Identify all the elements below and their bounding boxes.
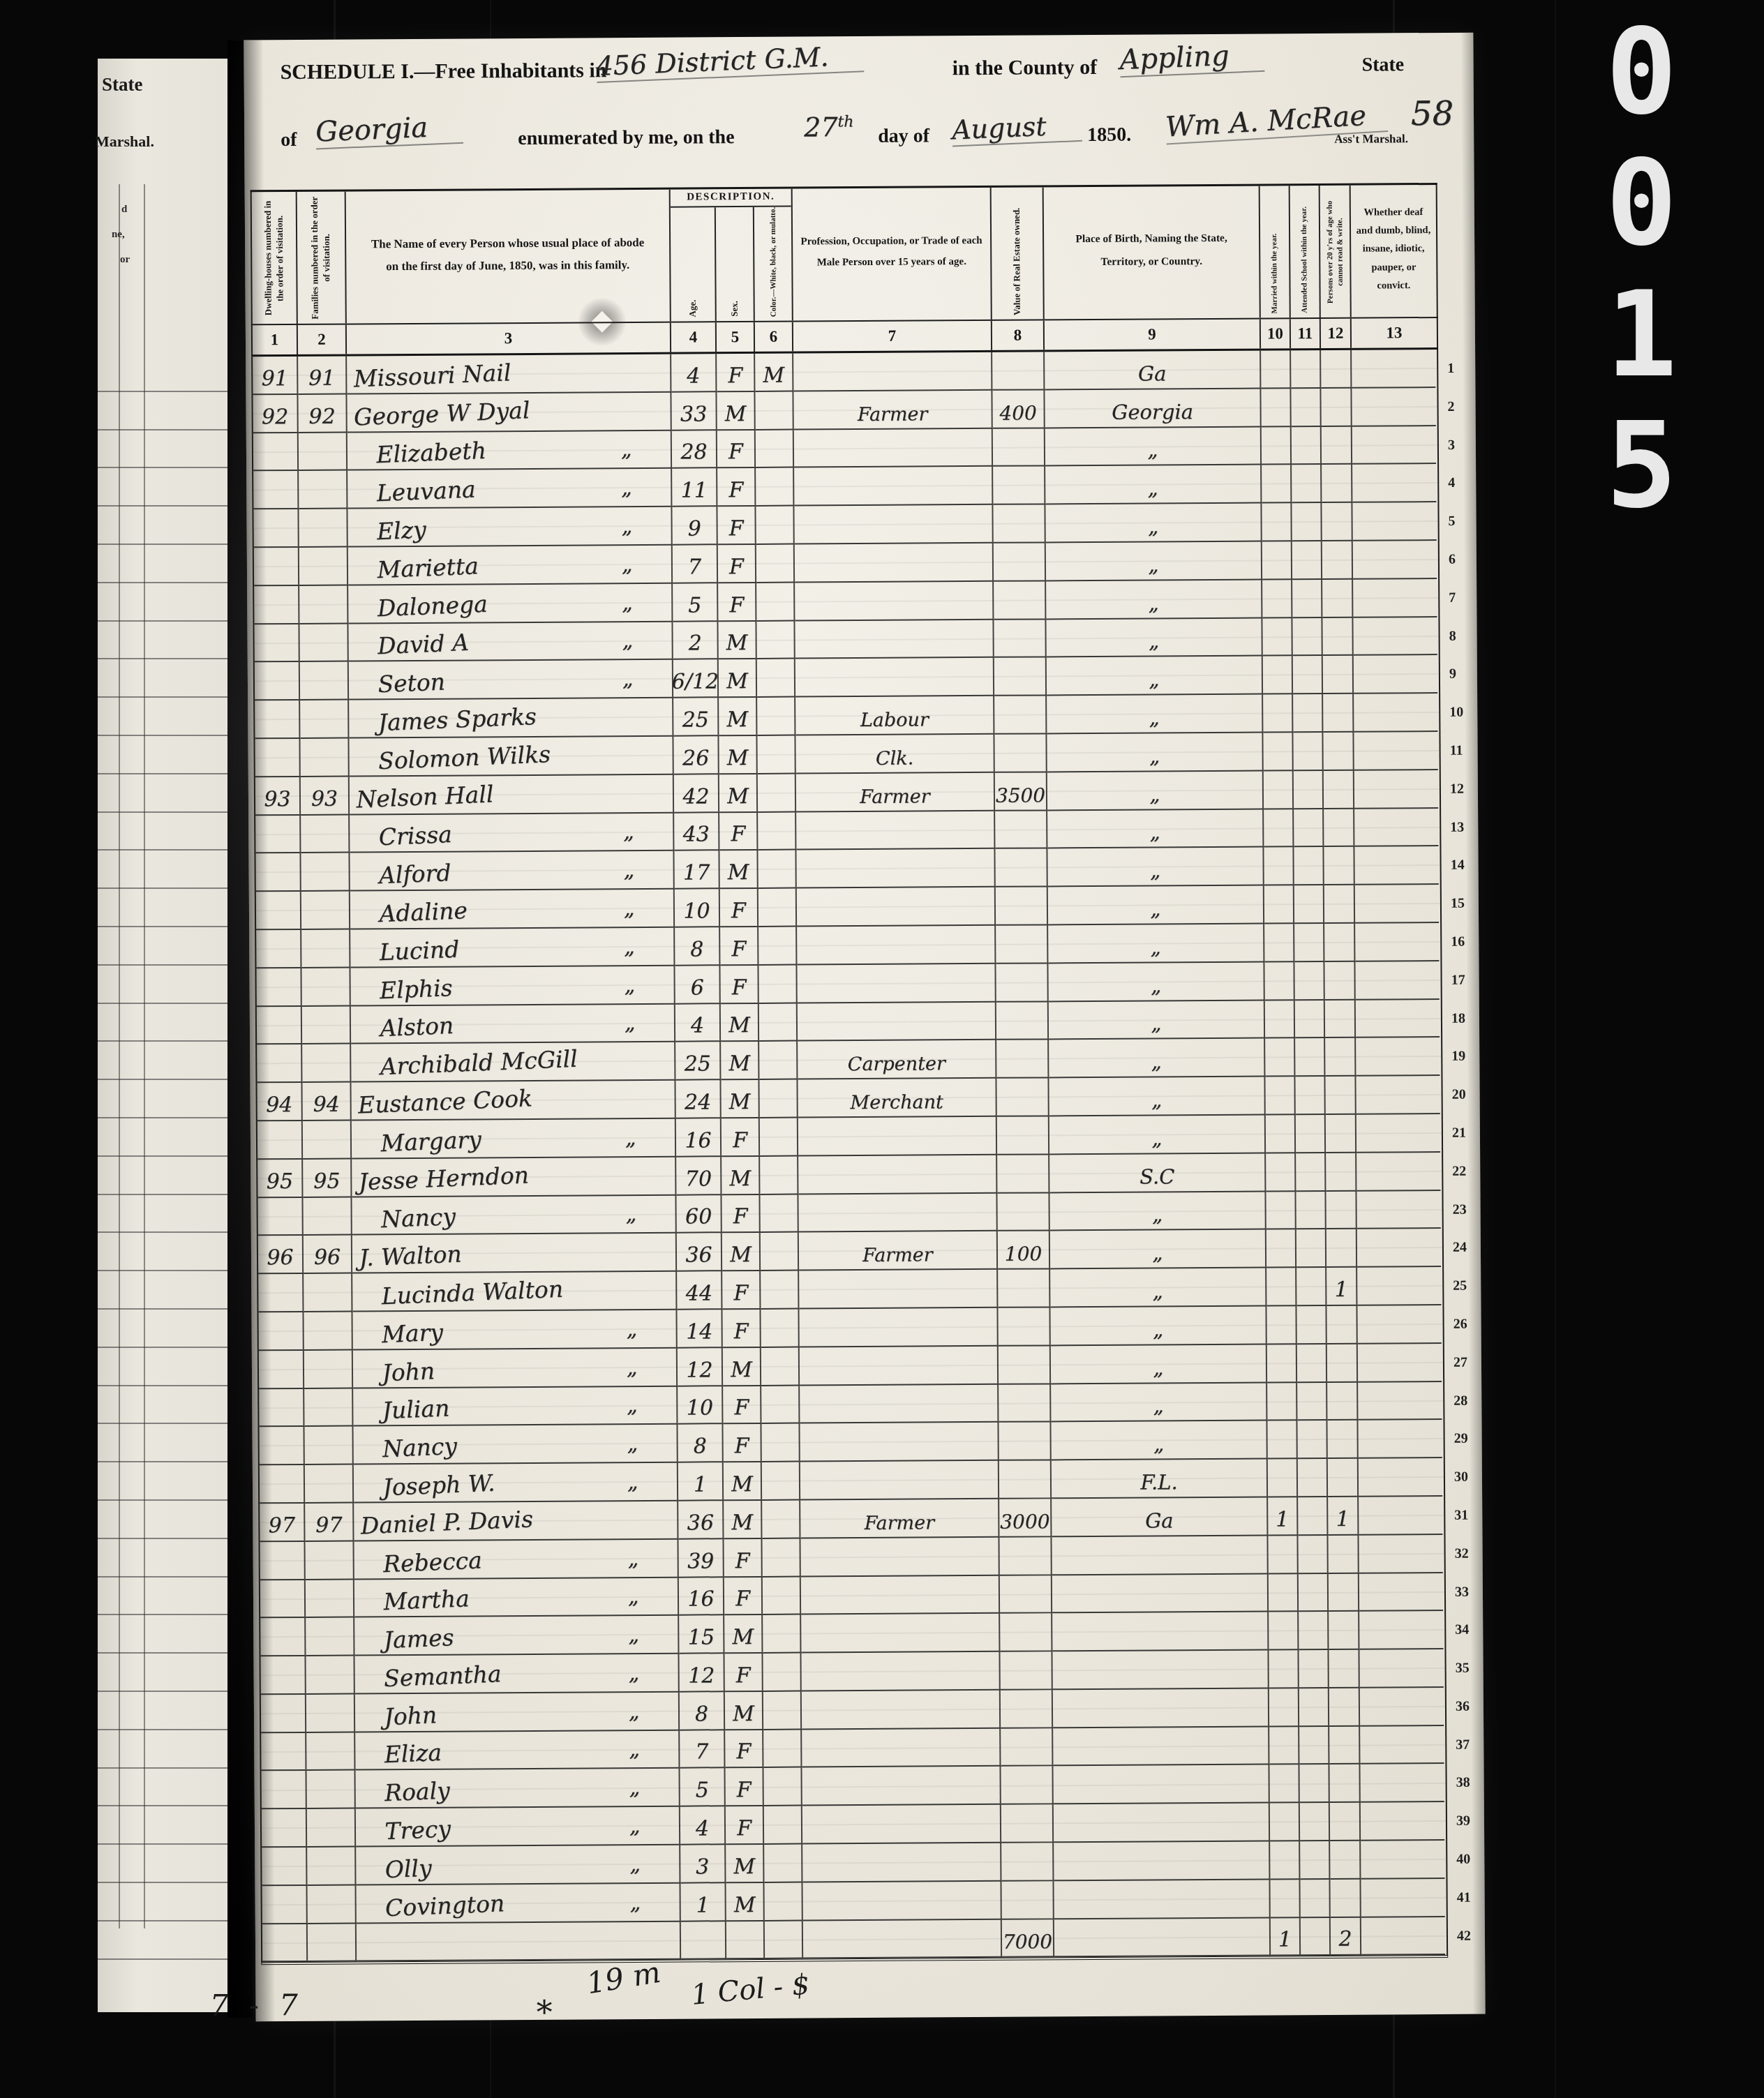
cell-val (996, 1079, 1049, 1117)
cell-fam (304, 1350, 353, 1388)
cell-val (999, 1460, 1052, 1499)
line-number: 13 (1446, 808, 1475, 846)
cell-occ (795, 544, 994, 583)
cell-born: „ (1049, 1001, 1265, 1040)
person-name: Elzy (376, 518, 426, 543)
person-name: John (384, 1703, 438, 1728)
census-rows: 9191Missouri Nail4FMGa9292George W Dyal3… (251, 350, 1448, 1965)
cell-fam (301, 929, 350, 968)
cell-age: 10 (675, 889, 720, 927)
person-name: Daniel P. Davis (360, 1507, 533, 1537)
cell-val (999, 1537, 1052, 1575)
cell-age: 3 (680, 1845, 726, 1883)
cell-born: Ga (1045, 351, 1261, 391)
person-name: Martha (383, 1587, 470, 1613)
cell-born: F.L. (1052, 1460, 1268, 1499)
cell-sex: F (725, 1768, 763, 1806)
cell-d13 (1356, 1190, 1440, 1229)
cell-fam (301, 892, 350, 930)
cell-s11 (1297, 1421, 1327, 1459)
cell-val: 3000 (999, 1499, 1052, 1537)
cell-dw (259, 1427, 304, 1465)
cell-s11 (1298, 1497, 1328, 1536)
cell-m10 (1266, 1115, 1296, 1153)
cell-born: „ (1051, 1383, 1267, 1423)
cell-sex: F (717, 354, 755, 392)
cell-dw: 96 (258, 1236, 304, 1274)
cell-name: Missouri Nail (347, 354, 671, 395)
footer-star-mark: * (536, 1993, 552, 2031)
cell-sex: F (724, 1577, 763, 1615)
cell-occ (793, 352, 992, 392)
cell-s11 (1292, 503, 1322, 541)
cell-dw (258, 1312, 304, 1351)
cell-age: 16 (676, 1118, 722, 1157)
cell-s11 (1292, 427, 1322, 465)
cell-born: „ (1046, 541, 1262, 581)
cell-s11 (1299, 1612, 1329, 1650)
cell-sex: M (719, 851, 758, 889)
cell-sex: F (720, 889, 758, 927)
cell-born: „ (1047, 733, 1263, 772)
cell-col (757, 659, 795, 698)
county-handwritten: Appling (1119, 38, 1265, 77)
cell-occ (799, 1308, 998, 1348)
cell-name: Olly„ (356, 1845, 680, 1886)
cell-s11 (1291, 350, 1321, 389)
cell-born: „ (1047, 771, 1264, 811)
cell-dw (255, 815, 301, 853)
col-num: 3 (347, 323, 671, 354)
cell-fam (305, 1465, 354, 1504)
cell-occ (800, 1423, 999, 1462)
cell-col (756, 621, 795, 659)
surname-ditto-mark: „ (627, 1432, 638, 1456)
cell-age: 12 (679, 1654, 724, 1692)
cell-age: 10 (678, 1386, 723, 1425)
col-header-name: The Name of every Person whose usual pla… (346, 190, 671, 324)
cell-born (1054, 1804, 1270, 1843)
cell-born: „ (1049, 1192, 1266, 1231)
cell-col (761, 1424, 800, 1462)
cell-col (759, 1003, 798, 1042)
cell-fam (305, 1541, 354, 1580)
cell-val: 7000 (1002, 1919, 1054, 1958)
surname-ditto-mark: „ (621, 437, 632, 462)
cell-sex: F (719, 812, 758, 851)
cell-occ (800, 1538, 999, 1578)
cell-fam (303, 1121, 352, 1159)
cell-age: 60 (676, 1195, 722, 1234)
cell-m10 (1269, 1574, 1299, 1612)
line-number: 8 (1444, 617, 1474, 655)
cell-s11 (1301, 1918, 1331, 1956)
person-name: Archibald McGill (380, 1047, 578, 1079)
surname-ditto-mark: „ (625, 973, 636, 998)
surname-ditto-mark: „ (629, 1776, 641, 1800)
day-suffix: th (837, 113, 853, 130)
cell-occ (798, 1002, 996, 1042)
cell-s11 (1293, 733, 1323, 771)
cell-born: „ (1050, 1268, 1266, 1308)
cell-d13 (1358, 1381, 1442, 1421)
cell-m10 (1263, 694, 1293, 733)
cell-sex: M (723, 1348, 761, 1386)
person-name: Mary (381, 1320, 443, 1346)
cell-sex: F (723, 1386, 761, 1424)
cell-val (997, 1193, 1049, 1231)
cell-m10 (1267, 1421, 1297, 1460)
person-name: John (382, 1359, 435, 1384)
line-number: 38 (1451, 1764, 1481, 1802)
col-num: 7 (793, 321, 992, 352)
cell-occ (795, 658, 994, 698)
cell-born: „ (1051, 1344, 1267, 1384)
cell-dw (256, 968, 301, 1007)
cell-val (993, 428, 1045, 467)
cell-name: Elizabeth„ (347, 430, 672, 471)
cell-occ: Labour (795, 696, 994, 736)
cell-occ (796, 849, 995, 889)
cell-sex: F (722, 1310, 761, 1348)
cell-col (764, 1806, 802, 1845)
person-name: Lucind (379, 937, 460, 964)
cell-dw (262, 1771, 307, 1809)
cell-r12 (1330, 1880, 1361, 1918)
cell-fam (307, 1809, 356, 1848)
cell-name: David A„ (348, 622, 673, 662)
cell-dw (257, 1121, 303, 1160)
cell-born: „ (1046, 580, 1262, 620)
month-handwritten: August (951, 110, 1082, 147)
cell-val (1001, 1767, 1053, 1805)
cell-s11 (1291, 389, 1321, 427)
cell-col (757, 698, 795, 736)
cell-age: 44 (677, 1271, 722, 1310)
cell-born (1054, 1842, 1270, 1882)
cell-fam (304, 1312, 352, 1350)
cell-born: „ (1045, 504, 1262, 544)
cell-dw (256, 892, 301, 930)
cell-age: 12 (678, 1348, 723, 1386)
census-page: SCHEDULE I.—Free Inhabitants in 456 Dist… (244, 33, 1485, 2022)
cell-fam (304, 1427, 353, 1465)
cell-born (1053, 1688, 1269, 1728)
cell-name: Margary„ (352, 1119, 676, 1160)
cell-d13 (1353, 579, 1437, 618)
cell-occ (802, 1767, 1001, 1806)
surname-ditto-mark: „ (622, 514, 633, 539)
cell-sex: M (719, 698, 757, 736)
cell-col (765, 1921, 803, 1959)
cell-r12 (1329, 1726, 1360, 1764)
cell-val (996, 1002, 1049, 1040)
cell-col (761, 1310, 799, 1348)
cell-dw (254, 586, 299, 624)
cell-fam: 97 (305, 1503, 354, 1541)
cell-col (763, 1654, 801, 1692)
cell-born (1052, 1651, 1269, 1691)
cell-s11 (1295, 1001, 1325, 1039)
cell-sex: M (721, 1003, 759, 1042)
cell-age: 36 (677, 1234, 722, 1272)
surname-ditto-mark: „ (621, 476, 632, 500)
cell-r12: 1 (1326, 1268, 1357, 1306)
col-header-value: Value of Real Estate owned. (992, 187, 1045, 319)
surname-ditto-mark: „ (623, 820, 634, 844)
cell-m10 (1266, 1268, 1296, 1306)
cell-age: 7 (673, 545, 718, 583)
cell-s11 (1294, 847, 1324, 885)
cell-d13 (1356, 1076, 1440, 1115)
line-number: 35 (1451, 1649, 1480, 1688)
cell-age: 11 (672, 469, 717, 507)
cell-r12: 2 (1331, 1917, 1361, 1956)
line-number: 22 (1448, 1152, 1477, 1190)
cell-born: „ (1050, 1306, 1266, 1346)
cell-name: Alston„ (351, 1004, 675, 1044)
cell-sex: F (726, 1806, 764, 1845)
cell-d13 (1359, 1497, 1442, 1536)
col-num: 11 (1291, 319, 1321, 348)
cell-age: 14 (677, 1310, 722, 1348)
line-number: 39 (1452, 1802, 1481, 1841)
county-label: in the County of (952, 56, 1098, 80)
cell-r12 (1325, 1000, 1356, 1038)
person-name: Dalonega (377, 592, 488, 619)
cell-fam: 95 (303, 1159, 352, 1197)
cell-d13 (1352, 502, 1436, 541)
cell-fam (306, 1656, 354, 1695)
col-num: 2 (298, 325, 347, 354)
cell-name: Crissa„ (350, 813, 674, 853)
cell-dw (259, 1388, 304, 1427)
cell-m10 (1268, 1459, 1298, 1497)
cell-born: „ (1051, 1421, 1267, 1461)
col-header-profession: Profession, Occupation, or Trade of each… (793, 188, 992, 321)
cell-d13 (1354, 694, 1437, 733)
cell-name: James Sparks (349, 698, 673, 739)
line-number: 30 (1450, 1458, 1479, 1497)
cell-dw (258, 1274, 304, 1312)
cell-s11 (1299, 1573, 1329, 1612)
cell-sex: M (724, 1501, 762, 1539)
cell-d13 (1360, 1764, 1444, 1803)
line-number: 3 (1444, 426, 1473, 464)
cell-d13 (1354, 655, 1437, 694)
cell-occ (798, 1117, 997, 1157)
cell-val (995, 811, 1047, 849)
cell-born: S.C (1049, 1153, 1266, 1193)
surname-ditto-mark: „ (629, 1700, 640, 1724)
cell-r12 (1330, 1841, 1361, 1880)
cell-dw (254, 548, 299, 586)
cell-name: Alford„ (350, 851, 674, 892)
cell-d13 (1356, 1037, 1440, 1077)
year-label: 1850. (1087, 124, 1131, 147)
cell-r12 (1321, 350, 1352, 389)
surname-ditto-mark: „ (630, 1891, 641, 1915)
prev-page-marshal-label: Marshal. (95, 133, 154, 151)
cell-born: Ga (1052, 1497, 1268, 1537)
cell-occ (797, 887, 996, 927)
cell-d13 (1353, 541, 1437, 580)
cell-sex: M (721, 1080, 759, 1118)
cell-col (759, 1080, 798, 1118)
cell-name: Elzy„ (347, 507, 672, 548)
cell-val (996, 964, 1048, 1002)
cell-sex (726, 1921, 765, 1960)
cell-val (994, 696, 1047, 735)
cell-age (681, 1921, 726, 1960)
cell-m10 (1264, 885, 1294, 924)
cell-name: Lucinda Walton (352, 1272, 677, 1312)
cell-m10 (1262, 580, 1292, 618)
cell-occ: Farmer (796, 773, 995, 813)
cell-d13 (1357, 1267, 1441, 1306)
cell-dw: 94 (257, 1083, 302, 1121)
col-header-birthplace: Place of Birth, Naming the State, Territ… (1044, 186, 1261, 320)
cell-name: Elphis„ (350, 966, 675, 1006)
surname-ditto-mark: „ (622, 667, 634, 691)
cell-col (761, 1386, 800, 1424)
cell-dw: 91 (253, 357, 298, 395)
col-num: 8 (992, 320, 1045, 350)
person-name: J. Walton (359, 1243, 463, 1270)
cell-age: 2 (673, 622, 718, 660)
cell-m10 (1270, 1880, 1300, 1918)
cell-born: „ (1050, 1230, 1266, 1270)
line-number: 17 (1447, 961, 1476, 999)
cell-dw (262, 1924, 308, 1963)
cell-s11 (1299, 1764, 1329, 1803)
cell-r12 (1330, 1803, 1361, 1841)
cell-d13 (1359, 1611, 1443, 1650)
cell-col (757, 736, 795, 774)
cell-m10 (1264, 848, 1294, 886)
cell-col (760, 1194, 798, 1233)
cell-sex: M (719, 736, 757, 774)
cell-born: „ (1046, 618, 1262, 658)
cell-fam: 96 (304, 1236, 352, 1274)
cell-r12 (1329, 1612, 1359, 1650)
cell-s11 (1298, 1459, 1328, 1497)
cell-r12 (1322, 617, 1353, 656)
cell-sex: M (718, 622, 756, 660)
person-name: Margary (380, 1127, 482, 1155)
cell-occ (801, 1575, 1000, 1615)
line-number: 32 (1450, 1534, 1479, 1573)
line-number: 26 (1449, 1305, 1478, 1344)
cell-fam (308, 1885, 357, 1924)
person-name: George W Dyal (353, 398, 530, 428)
cell-d13 (1359, 1535, 1442, 1574)
cell-age: 36 (678, 1501, 724, 1539)
cell-col (758, 774, 796, 812)
description-group: DESCRIPTION. Age. Sex. Color.—White, bla… (671, 189, 793, 322)
cell-d13 (1352, 426, 1436, 465)
cell-occ (795, 620, 994, 659)
cell-m10 (1264, 924, 1294, 962)
cell-name: Joseph W.„ (354, 1463, 678, 1504)
person-name: Solomon Wilks (378, 742, 551, 772)
adjacent-page-edge: State Marshal. d ne, or (98, 59, 230, 2012)
cell-age: 8 (678, 1425, 723, 1463)
cell-occ (802, 1691, 1001, 1730)
cell-fam (299, 547, 348, 585)
cell-val (1001, 1728, 1053, 1767)
cell-val (994, 734, 1047, 772)
footer-color-note: 1 Col - $ (690, 1968, 812, 2011)
cell-m10 (1267, 1383, 1297, 1421)
cell-age: 6/12 (673, 660, 719, 698)
cell-m10: 1 (1268, 1497, 1298, 1536)
cell-r12 (1324, 770, 1354, 809)
cell-name: Rebecca„ (354, 1539, 678, 1580)
cell-val (994, 581, 1046, 620)
cell-m10 (1262, 541, 1292, 580)
cell-fam (304, 1388, 353, 1427)
cell-occ (802, 1729, 1001, 1769)
cell-fam: 92 (298, 394, 347, 433)
person-name: Covington (384, 1891, 504, 1919)
cell-dw (257, 1197, 303, 1236)
frame-digit: 0 (1574, 7, 1710, 138)
cell-name: Mary„ (352, 1310, 677, 1351)
cell-col (762, 1462, 800, 1501)
cell-d13 (1361, 1841, 1444, 1880)
cell-r12 (1327, 1421, 1358, 1459)
surname-ditto-mark: „ (629, 1814, 641, 1838)
cell-d13 (1361, 1917, 1445, 1956)
cell-col (756, 468, 794, 507)
cell-val (999, 1423, 1051, 1461)
cell-age: 8 (675, 927, 720, 966)
cell-s11 (1294, 885, 1324, 924)
cell-sex: M (722, 1157, 760, 1195)
cell-r12 (1323, 656, 1354, 694)
person-name: Elizabeth (376, 439, 487, 466)
person-name: Eliza (384, 1741, 442, 1766)
cell-sex: F (717, 468, 756, 507)
cell-sex: M (725, 1692, 763, 1730)
cell-dw (253, 471, 299, 509)
cell-col (761, 1233, 799, 1271)
cell-fam (306, 1694, 355, 1732)
cell-col (756, 430, 794, 468)
cell-m10 (1265, 1001, 1295, 1039)
cell-sex: M (721, 1042, 759, 1080)
col-num: 1 (253, 325, 298, 354)
line-number: 16 (1447, 923, 1476, 961)
cell-r12 (1327, 1382, 1358, 1421)
person-name: Roaly (384, 1779, 450, 1805)
cell-name: James„ (354, 1616, 679, 1656)
table-header: Dwelling-houses numbered in the order of… (251, 183, 1438, 324)
cell-d13 (1356, 1153, 1440, 1192)
line-number: 21 (1448, 1114, 1477, 1153)
cell-name: Seton„ (349, 660, 673, 700)
cell-occ (798, 1193, 997, 1233)
cell-name: Marietta„ (348, 546, 673, 586)
cell-s11 (1292, 618, 1322, 657)
cell-fam (306, 1771, 355, 1809)
cell-val (1001, 1881, 1054, 1919)
cell-m10 (1266, 1230, 1296, 1268)
cell-fam (303, 1197, 352, 1236)
cell-r12 (1328, 1535, 1359, 1573)
cell-m10 (1269, 1612, 1299, 1651)
